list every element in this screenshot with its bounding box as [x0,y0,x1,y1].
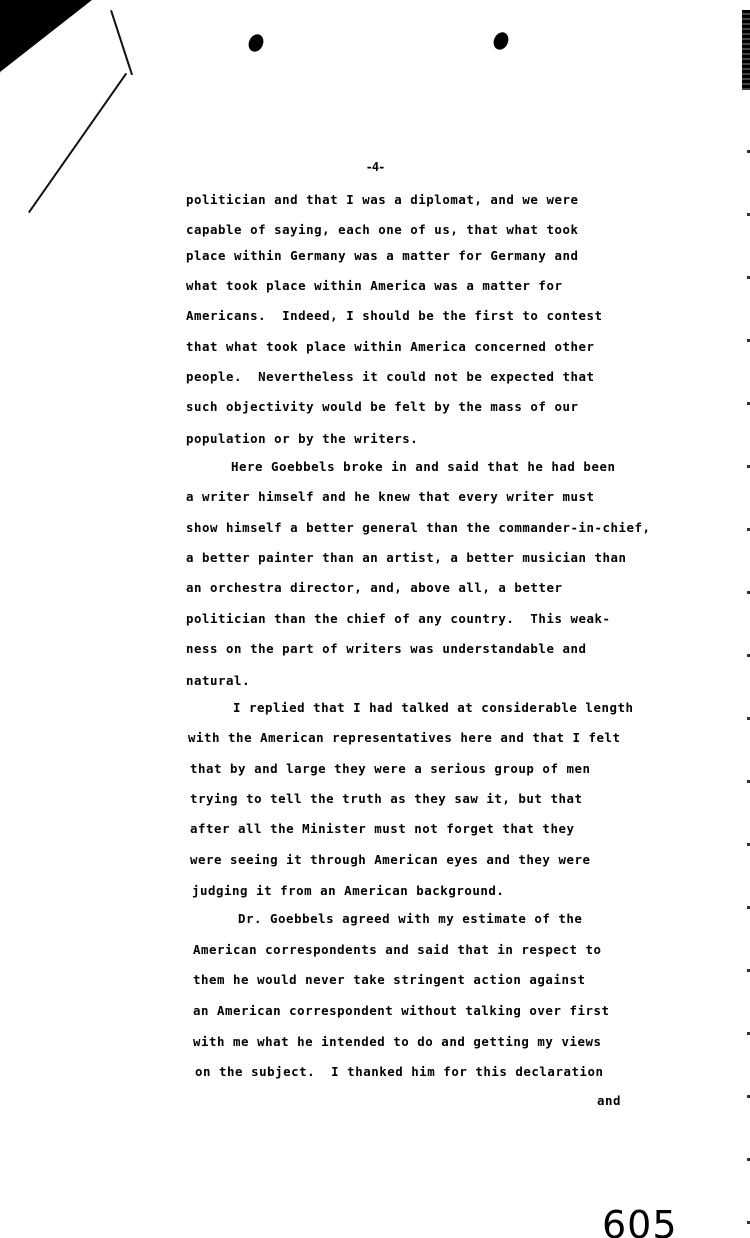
text-line: place within Germany was a matter for Ge… [186,249,578,263]
left-edge-shadow [0,0,4,75]
text-line: I replied that I had talked at considera… [233,701,634,715]
text-line: show himself a better general than the c… [186,521,651,535]
text-line: an orchestra director, and, above all, a… [186,581,562,595]
text-line: on the subject. I thanked him for this d… [195,1065,604,1079]
text-line: and [597,1094,621,1108]
text-line: an American correspondent without talkin… [193,1004,610,1018]
text-line: Americans. Indeed, I should be the first… [186,309,603,323]
text-line: trying to tell the truth as they saw it,… [190,792,582,806]
fold-crease-line [28,73,127,213]
text-line: a better painter than an artist, a bette… [186,551,627,565]
text-line: a writer himself and he knew that every … [186,490,595,504]
fold-crease-line-upper [111,10,133,75]
folded-corner-shadow [0,0,92,72]
text-line: ness on the part of writers was understa… [186,642,587,656]
text-line: politician and that I was a diplomat, an… [186,193,578,207]
text-line: with me what he intended to do and getti… [193,1035,602,1049]
text-line: population or by the writers. [186,432,418,446]
text-line: what took place within America was a mat… [186,279,562,293]
page-number: -4- [360,160,390,174]
text-line: Dr. Goebbels agreed with my estimate of … [238,912,582,926]
text-line: Here Goebbels broke in and said that he … [231,460,615,474]
text-line: after all the Minister must not forget t… [190,822,574,836]
text-line: judging it from an American background. [192,884,504,898]
text-line: were seeing it through American eyes and… [190,853,591,867]
punch-hole-left [246,32,266,54]
text-line: such objectivity would be felt by the ma… [186,400,578,414]
text-line: politician than the chief of any country… [186,612,611,626]
text-line: people. Nevertheless it could not be exp… [186,370,595,384]
text-line: that by and large they were a serious gr… [190,762,591,776]
punch-hole-right [491,30,511,52]
text-line: with the American representatives here a… [188,731,621,745]
handwritten-page-number: 605 [602,1205,678,1238]
text-line: that what took place within America conc… [186,340,595,354]
text-line: natural. [186,674,250,688]
text-line: American correspondents and said that in… [193,943,602,957]
right-edge-shadow [742,10,750,90]
text-line: them he would never take stringent actio… [193,973,585,987]
text-line: capable of saying, each one of us, that … [186,223,578,237]
